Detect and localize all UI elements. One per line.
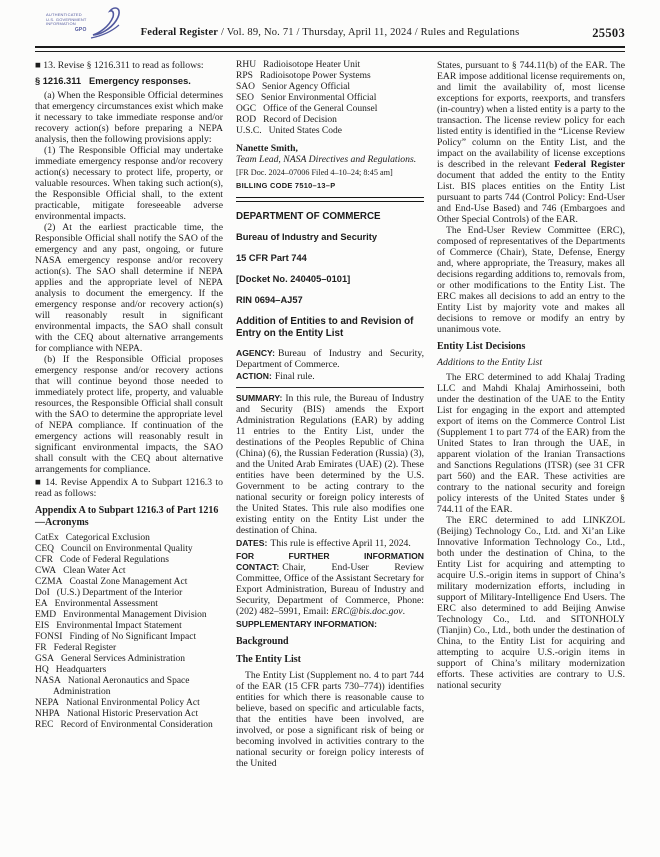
docket-number: [Docket No. 240405–0101] <box>236 274 424 285</box>
acronym-item: HQHeadquarters <box>35 665 223 676</box>
acronym-item: RHURadioisotope Heater Unit <box>236 60 424 71</box>
journal-title: Federal Register <box>141 27 219 38</box>
acronym-item: FONSIFinding of No Significant Impact <box>35 632 223 643</box>
amendment-13-paragraph: ■ 13. Revise § 1216.311 to read as follo… <box>35 60 223 71</box>
dates-text: This rule is effective April 11, 2024. <box>270 538 410 549</box>
linkzol-paragraph: The ERC determined to add LINKZOL (Beiji… <box>437 515 625 691</box>
column-left: ■ 13. Revise § 1216.311 to read as follo… <box>35 60 223 731</box>
acronym-item: OGCOffice of the General Counsel <box>236 104 424 115</box>
agency-label: AGENCY: <box>236 348 275 358</box>
federal-register-page: AUTHENTICATED U.S. GOVERNMENT INFORMATIO… <box>0 0 660 857</box>
federal-register-bold-ref: Federal Register <box>554 159 625 170</box>
erc-paragraph: The End-User Review Committee (ERC), com… <box>437 225 625 335</box>
department-heading: DEPARTMENT OF COMMERCE <box>236 211 424 223</box>
acronym-item: NEPANational Environmental Policy Act <box>35 698 223 709</box>
acronym-item: CZMACoastal Zone Management Act <box>35 577 223 588</box>
acronym-item: EAEnvironmental Assessment <box>35 599 223 610</box>
citation-text: / Vol. 89, No. 71 / Thursday, April 11, … <box>218 27 519 38</box>
billing-code: BILLING CODE 7510–13–P <box>236 181 424 190</box>
acronym-item: SEOSenior Environmental Official <box>236 93 424 104</box>
acronym-item: SAOSenior Agency Official <box>236 82 424 93</box>
acronym-item: CEQCouncil on Environmental Quality <box>35 544 223 555</box>
document-title: Addition of Entities to and Revision of … <box>236 316 424 340</box>
section-number: § 1216.311 <box>35 76 81 86</box>
contact-paragraph: FOR FURTHER INFORMATION CONTACT:Chair, E… <box>236 551 424 617</box>
dates-label: DATES: <box>236 538 267 548</box>
page-columns: ■ 13. Revise § 1216.311 to read as follo… <box>35 60 625 769</box>
paragraph-2: (2) At the earliest practicable time, th… <box>35 222 223 354</box>
column-middle: RHURadioisotope Heater Unit RPSRadioisot… <box>236 60 424 769</box>
gpo-logo-line: INFORMATION <box>46 22 87 27</box>
bureau-heading: Bureau of Industry and Security <box>236 232 424 243</box>
acronym-item: EISEnvironmental Impact Statement <box>35 621 223 632</box>
dates-paragraph: DATES:This rule is effective April 11, 2… <box>236 538 424 549</box>
summary-text: In this rule, the Bureau of Industry and… <box>236 393 424 536</box>
additions-heading: Additions to the Entity List <box>437 357 625 369</box>
column-right: States, pursuant to § 744.11(b) of the E… <box>437 60 625 691</box>
acronym-item: GSAGeneral Services Administration <box>35 654 223 665</box>
summary-label: SUMMARY: <box>236 393 282 403</box>
action-label: ACTION: <box>236 371 272 381</box>
amendment-14-paragraph: ■ 14. Revise Appendix A to Subpart 1216.… <box>35 477 223 499</box>
acronym-list-middle: RHURadioisotope Heater Unit RPSRadioisot… <box>236 60 424 137</box>
section-1216-311-heading: § 1216.311Emergency responses. <box>35 76 223 87</box>
acronym-item: RECRecord of Environmental Consideration <box>35 720 223 731</box>
section-divider-rule <box>236 197 424 202</box>
appendix-a-heading: Appendix A to Subpart 1216.3 of Part 121… <box>35 505 223 529</box>
acronym-item: CFRCode of Federal Regulations <box>35 555 223 566</box>
section-title: Emergency responses. <box>89 76 191 86</box>
agency-paragraph: AGENCY:Bureau of Industry and Security, … <box>236 348 424 370</box>
signature-name: Nanette Smith, <box>236 143 424 154</box>
page-citation: Federal Register / Vol. 89, No. 71 / Thu… <box>35 27 625 38</box>
paragraph-1: (1) The Responsible Official may underta… <box>35 145 223 222</box>
entity-list-continuation-paragraph: States, pursuant to § 744.11(b) of the E… <box>437 60 625 225</box>
action-paragraph: ACTION:Final rule. <box>236 371 424 382</box>
acronym-item: NASANational Aeronautics and Space Admin… <box>35 676 223 698</box>
acronym-item: U.S.C.United States Code <box>236 126 424 137</box>
entity-list-decisions-heading: Entity List Decisions <box>437 341 625 353</box>
entity-list-paragraph: The Entity List (Supplement no. 4 to par… <box>236 670 424 769</box>
acronym-item: CatExCategorical Exclusion <box>35 533 223 544</box>
contact-email: ERC@bis.doc.gov <box>331 606 402 617</box>
acronym-item: RPSRadioisotope Power Systems <box>236 71 424 82</box>
khalaj-paragraph: The ERC determined to add Khalaj Trading… <box>437 372 625 515</box>
signature-title: Team Lead, NASA Directives and Regulatio… <box>236 154 424 165</box>
header-rule-bottom <box>35 51 625 52</box>
fr-doc-line: [FR Doc. 2024–07006 Filed 4–10–24; 8:45 … <box>236 168 424 178</box>
preamble-rule <box>236 387 424 388</box>
rin-number: RIN 0694–AJ57 <box>236 295 424 306</box>
acronym-item: FRFederal Register <box>35 643 223 654</box>
summary-paragraph: SUMMARY:In this rule, the Bureau of Indu… <box>236 393 424 536</box>
page-header: Federal Register / Vol. 89, No. 71 / Thu… <box>35 27 625 43</box>
paragraph-a: (a) When the Responsible Official determ… <box>35 90 223 145</box>
acronym-item: DoI(U.S.) Department of the Interior <box>35 588 223 599</box>
acronym-item: RODRecord of Decision <box>236 115 424 126</box>
entity-list-heading: The Entity List <box>236 654 424 666</box>
acronym-item: EMDEnvironmental Management Division <box>35 610 223 621</box>
cfr-part-heading: 15 CFR Part 744 <box>236 253 424 264</box>
supplementary-label: SUPPLEMENTARY INFORMATION: <box>236 619 424 630</box>
page-number: 25503 <box>592 26 625 41</box>
paragraph-b: (b) If the Responsible Official proposes… <box>35 354 223 475</box>
action-text: Final rule. <box>275 371 315 382</box>
background-heading: Background <box>236 636 424 648</box>
header-rule-top <box>35 46 625 48</box>
acronym-item: CWAClean Water Act <box>35 566 223 577</box>
acronym-list-left: CatExCategorical Exclusion CEQCouncil on… <box>35 533 223 731</box>
acronym-item: NHPANational Historic Preservation Act <box>35 709 223 720</box>
